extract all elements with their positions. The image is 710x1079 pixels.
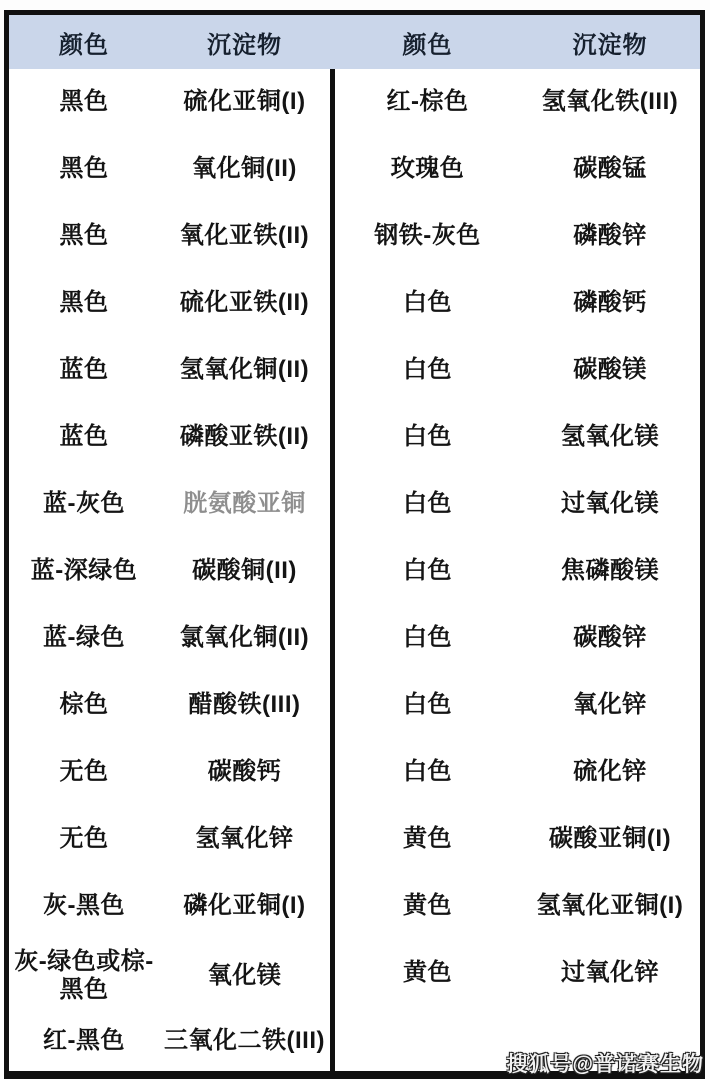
color-cell: 无色 <box>9 825 159 853</box>
table-right-half: 红-棕色氢氧化铁(III)玫瑰色碳酸锰钢铁-灰色磷酸锌白色磷酸钙白色碳酸镁白色氢… <box>335 69 700 1071</box>
color-cell: 灰-黑色 <box>9 892 159 920</box>
watermark: 搜狐号@普诺赛生物 <box>507 1048 704 1078</box>
color-cell: 蓝色 <box>9 423 159 451</box>
table-header: 颜色 沉淀物 颜色 沉淀物 <box>9 15 700 69</box>
color-cell: 灰-绿色或棕-黑色 <box>9 948 159 1005</box>
color-cell: 红-黑色 <box>9 1027 159 1055</box>
color-cell: 黄色 <box>335 892 520 920</box>
color-cell: 红-棕色 <box>335 88 520 116</box>
precipitate-cell: 醋酸铁(III) <box>159 691 330 719</box>
precipitate-cell: 三氧化二铁(III) <box>159 1027 330 1055</box>
precipitate-cell: 碳酸亚铜(I) <box>520 825 700 853</box>
color-cell: 白色 <box>335 356 520 384</box>
table-row: 白色过氧化镁 <box>335 471 700 538</box>
precipitate-cell: 碳酸镁 <box>520 356 700 384</box>
table-left-half: 黑色硫化亚铜(I)黑色氧化铜(II)黑色氧化亚铁(II)黑色硫化亚铁(II)蓝色… <box>9 69 330 1071</box>
color-cell: 黑色 <box>9 289 159 317</box>
precipitate-cell: 氧化镁 <box>159 962 330 990</box>
precipitate-cell: 硫化亚铜(I) <box>159 88 330 116</box>
color-cell: 黑色 <box>9 222 159 250</box>
color-cell: 白色 <box>335 289 520 317</box>
color-cell: 蓝色 <box>9 356 159 384</box>
table-row: 黄色过氧化锌 <box>335 940 700 1007</box>
precipitate-cell: 氯氧化铜(II) <box>159 624 330 652</box>
table-row: 黑色硫化亚铁(II) <box>9 270 330 337</box>
precipitate-cell: 氢氧化镁 <box>520 423 700 451</box>
table-row: 黄色碳酸亚铜(I) <box>335 806 700 873</box>
color-cell: 白色 <box>335 423 520 451</box>
table-row: 无色碳酸钙 <box>9 739 330 806</box>
precipitate-cell: 氢氧化铜(II) <box>159 356 330 384</box>
table-row: 黑色硫化亚铜(I) <box>9 69 330 136</box>
color-cell: 玫瑰色 <box>335 155 520 183</box>
table-row: 蓝-灰色胱氨酸亚铜 <box>9 471 330 538</box>
color-cell: 白色 <box>335 557 520 585</box>
precipitate-cell: 磷酸钙 <box>520 289 700 317</box>
precipitate-cell: 碳酸钙 <box>159 758 330 786</box>
table-row: 黄色氢氧化亚铜(I) <box>335 873 700 940</box>
table-row: 蓝色磷酸亚铁(II) <box>9 404 330 471</box>
precipitate-color-table: 颜色 沉淀物 颜色 沉淀物 黑色硫化亚铜(I)黑色氧化铜(II)黑色氧化亚铁(I… <box>4 10 705 1079</box>
color-cell: 白色 <box>335 691 520 719</box>
column-header-color-right: 颜色 <box>335 25 520 60</box>
precipitate-cell: 碳酸锰 <box>520 155 700 183</box>
table-row: 钢铁-灰色磷酸锌 <box>335 203 700 270</box>
color-cell: 无色 <box>9 758 159 786</box>
color-cell: 白色 <box>335 758 520 786</box>
table-row: 白色氧化锌 <box>335 672 700 739</box>
precipitate-cell: 氧化锌 <box>520 691 700 719</box>
table-row: 棕色醋酸铁(III) <box>9 672 330 739</box>
table-row: 蓝-绿色氯氧化铜(II) <box>9 605 330 672</box>
table-row: 黑色氧化亚铁(II) <box>9 203 330 270</box>
column-header-color-left: 颜色 <box>9 25 159 60</box>
table-row: 灰-绿色或棕-黑色氧化镁 <box>9 940 330 1012</box>
table-row: 白色磷酸钙 <box>335 270 700 337</box>
precipitate-cell: 磷化亚铜(I) <box>159 892 330 920</box>
precipitate-cell: 碳酸锌 <box>520 624 700 652</box>
table-row: 灰-黑色磷化亚铜(I) <box>9 873 330 940</box>
precipitate-cell: 胱氨酸亚铜 <box>159 490 330 518</box>
table-row: 玫瑰色碳酸锰 <box>335 136 700 203</box>
precipitate-cell: 氢氧化锌 <box>159 825 330 853</box>
table-row: 黑色氧化铜(II) <box>9 136 330 203</box>
column-header-precipitate-left: 沉淀物 <box>159 25 330 60</box>
precipitate-cell: 过氧化镁 <box>520 490 700 518</box>
table-row: 蓝-深绿色碳酸铜(II) <box>9 538 330 605</box>
precipitate-cell: 氧化铜(II) <box>159 155 330 183</box>
table-row: 蓝色氢氧化铜(II) <box>9 337 330 404</box>
color-cell: 黄色 <box>335 959 520 987</box>
precipitate-cell: 硫化锌 <box>520 758 700 786</box>
color-cell: 蓝-绿色 <box>9 624 159 652</box>
precipitate-cell: 氧化亚铁(II) <box>159 222 330 250</box>
table-row: 白色焦磷酸镁 <box>335 538 700 605</box>
color-cell: 黄色 <box>335 825 520 853</box>
color-cell: 蓝-灰色 <box>9 490 159 518</box>
table-row: 红-棕色氢氧化铁(III) <box>335 69 700 136</box>
precipitate-cell: 硫化亚铁(II) <box>159 289 330 317</box>
color-cell: 蓝-深绿色 <box>9 557 159 585</box>
table-row: 红-黑色三氧化二铁(III) <box>9 1012 330 1071</box>
color-cell: 黑色 <box>9 88 159 116</box>
color-cell: 白色 <box>335 624 520 652</box>
precipitate-cell: 氢氧化亚铜(I) <box>520 892 700 920</box>
table-row: 白色碳酸锌 <box>335 605 700 672</box>
color-cell: 白色 <box>335 490 520 518</box>
precipitate-cell: 磷酸亚铁(II) <box>159 423 330 451</box>
color-cell: 黑色 <box>9 155 159 183</box>
table-body: 黑色硫化亚铜(I)黑色氧化铜(II)黑色氧化亚铁(II)黑色硫化亚铁(II)蓝色… <box>9 69 700 1071</box>
precipitate-cell: 氢氧化铁(III) <box>520 88 700 116</box>
table-row: 白色氢氧化镁 <box>335 404 700 471</box>
precipitate-cell: 过氧化锌 <box>520 959 700 987</box>
precipitate-cell: 碳酸铜(II) <box>159 557 330 585</box>
color-cell: 棕色 <box>9 691 159 719</box>
table-row: 白色碳酸镁 <box>335 337 700 404</box>
precipitate-cell: 磷酸锌 <box>520 222 700 250</box>
table-row: 无色氢氧化锌 <box>9 806 330 873</box>
color-cell: 钢铁-灰色 <box>335 222 520 250</box>
column-header-precipitate-right: 沉淀物 <box>520 25 700 60</box>
table-row: 白色硫化锌 <box>335 739 700 806</box>
precipitate-cell: 焦磷酸镁 <box>520 557 700 585</box>
